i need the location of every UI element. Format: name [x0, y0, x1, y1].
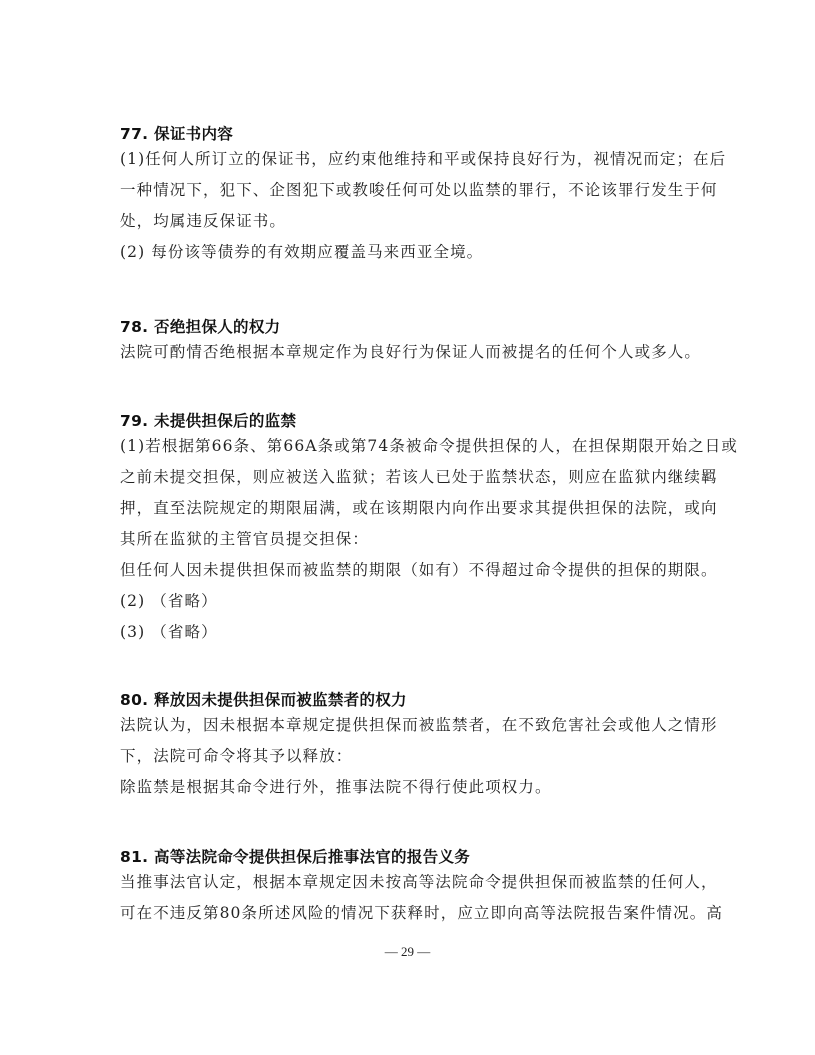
- section-78: 78. 否绝担保人的权力: [120, 317, 700, 337]
- section-heading: 78. 否绝担保人的权力: [120, 317, 700, 337]
- section-79-body: (1)若根据第66条、第66A条或第74条被命令提供担保的人，在担保期限开始之日…: [120, 431, 700, 648]
- paragraph-line: 押，直至法院规定的期限届满，或在该期限内向作出要求其提供担保的法院，或向: [120, 493, 700, 524]
- paragraph-line: 法院认为，因未根据本章规定提供担保而被监禁者，在不致危害社会或他人之情形: [120, 710, 700, 741]
- paragraph-line: (1)任何人所订立的保证书，应约束他维持和平或保持良好行为，视情况而定；在后: [120, 144, 700, 175]
- section-79: 79. 未提供担保后的监禁: [120, 411, 700, 431]
- paragraph-line: (3) （省略）: [120, 617, 700, 648]
- paragraph-line: 法院可酌情否绝根据本章规定作为良好行为保证人而被提名的任何个人或多人。: [120, 337, 700, 368]
- paragraph-line: 一种情况下，犯下、企图犯下或教唆任何可处以监禁的罪行，不论该罪行发生于何: [120, 175, 700, 206]
- paragraph-line: 除监禁是根据其命令进行外，推事法院不得行使此项权力。: [120, 772, 700, 803]
- paragraph-line: (1)若根据第66条、第66A条或第74条被命令提供担保的人，在担保期限开始之日…: [120, 431, 700, 462]
- paragraph-line: 但任何人因未提供担保而被监禁的期限（如有）不得超过命令提供的担保的期限。: [120, 555, 700, 586]
- page-number: — 29 —: [0, 944, 815, 960]
- section-77: 77. 保证书内容: [120, 124, 700, 144]
- section-80: 80. 释放因未提供担保而被监禁者的权力: [120, 690, 700, 710]
- paragraph-line: 当推事法官认定，根据本章规定因未按高等法院命令提供担保而被监禁的任何人，: [120, 867, 700, 898]
- section-81-body: 当推事法官认定，根据本章规定因未按高等法院命令提供担保而被监禁的任何人， 可在不…: [120, 867, 700, 929]
- section-heading: 77. 保证书内容: [120, 124, 700, 144]
- paragraph-line: (2) 每份该等债券的有效期应覆盖马来西亚全境。: [120, 237, 700, 268]
- paragraph-line: 之前未提交担保，则应被送入监狱；若该人已处于监禁状态，则应在监狱内继续羁: [120, 462, 700, 493]
- paragraph-line: 处，均属违反保证书。: [120, 206, 700, 237]
- paragraph-line: 可在不违反第80条所述风险的情况下获释时，应立即向高等法院报告案件情况。高: [120, 898, 700, 929]
- paragraph-line: 其所在监狱的主管官员提交担保：: [120, 524, 700, 555]
- document-page: 77. 保证书内容 (1)任何人所订立的保证书，应约束他维持和平或保持良好行为，…: [0, 0, 815, 1055]
- section-81: 81. 高等法院命令提供担保后推事法官的报告义务: [120, 847, 700, 867]
- section-78-body: 法院可酌情否绝根据本章规定作为良好行为保证人而被提名的任何个人或多人。: [120, 337, 700, 368]
- paragraph-line: 下，法院可命令将其予以释放：: [120, 741, 700, 772]
- section-77-body: (1)任何人所订立的保证书，应约束他维持和平或保持良好行为，视情况而定；在后 一…: [120, 144, 700, 268]
- section-heading: 81. 高等法院命令提供担保后推事法官的报告义务: [120, 847, 700, 867]
- paragraph-line: (2) （省略）: [120, 586, 700, 617]
- section-heading: 79. 未提供担保后的监禁: [120, 411, 700, 431]
- section-80-body: 法院认为，因未根据本章规定提供担保而被监禁者，在不致危害社会或他人之情形 下，法…: [120, 710, 700, 803]
- section-heading: 80. 释放因未提供担保而被监禁者的权力: [120, 690, 700, 710]
